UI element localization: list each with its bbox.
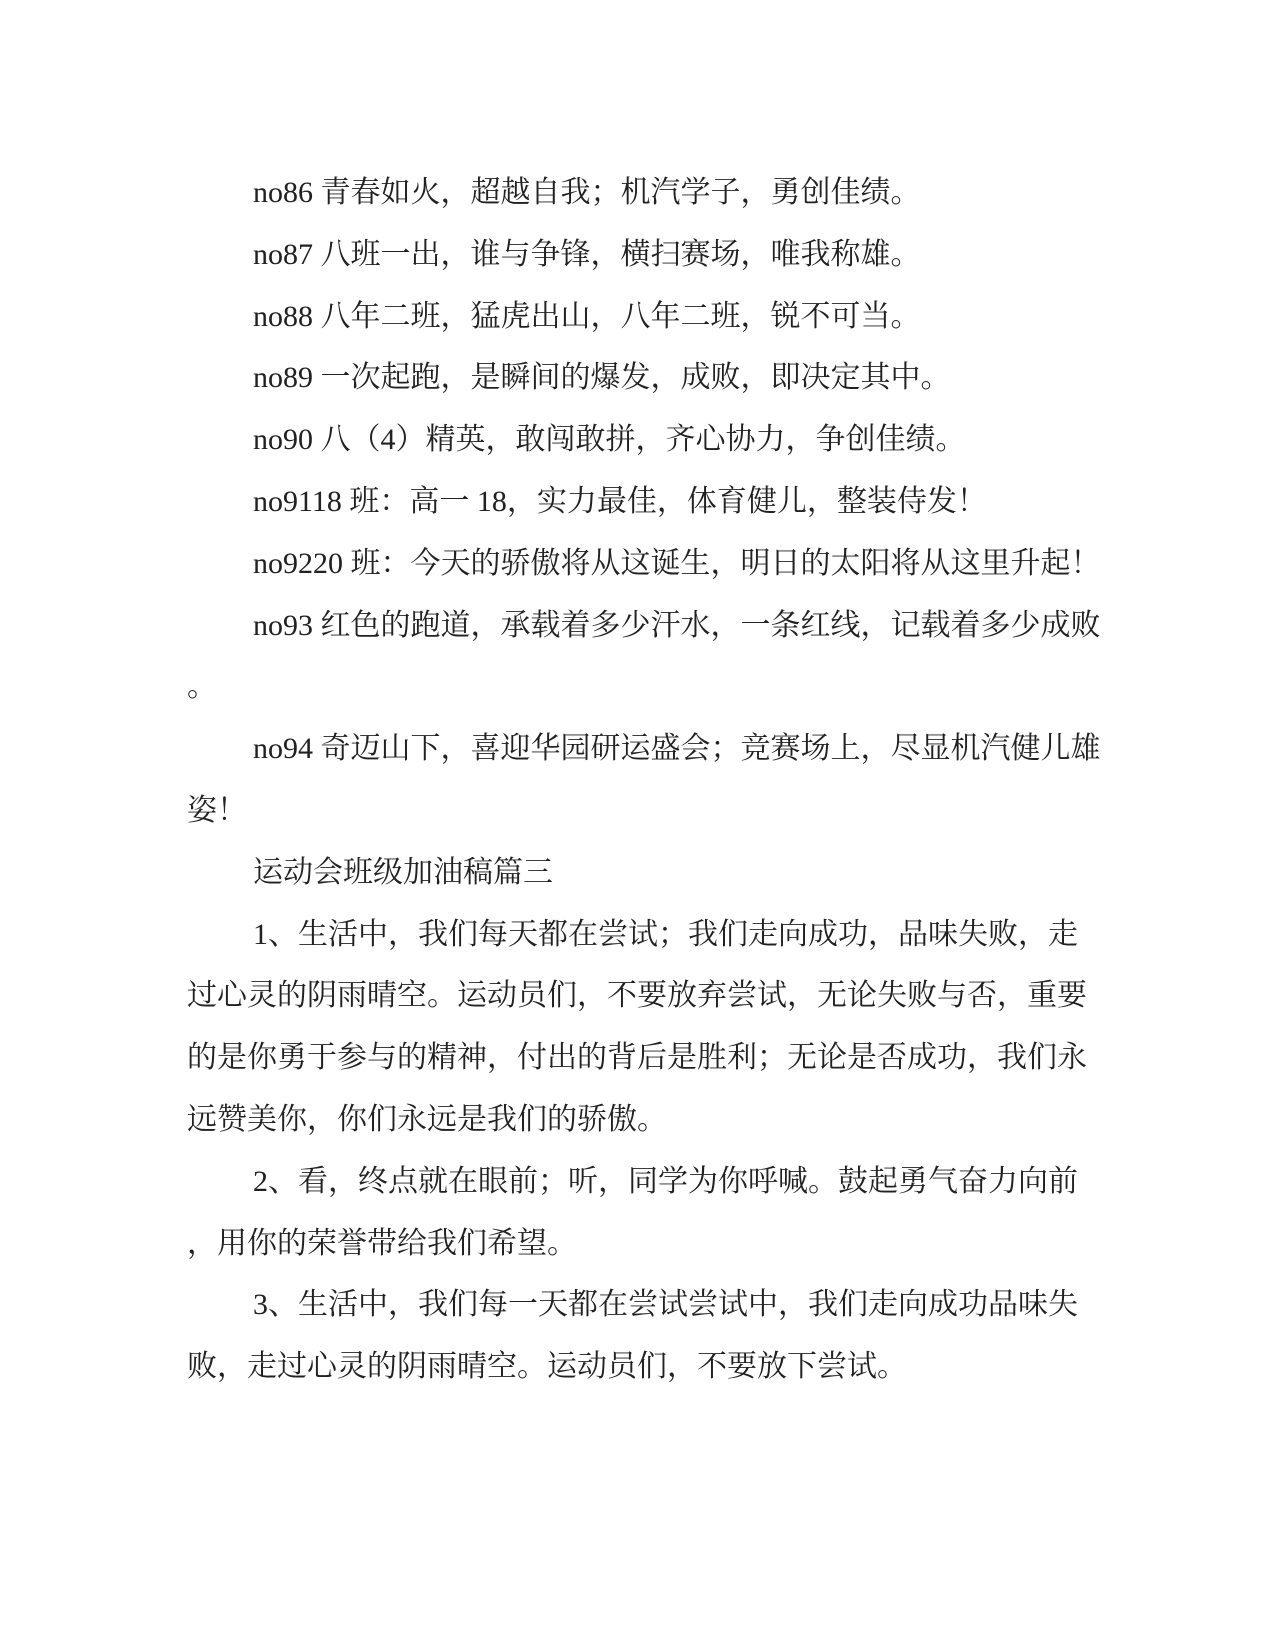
text-line: no9118 班：高一 18，实力最佳，体育健儿，整装侍发！ [187,471,1092,533]
text-line: ，用你的荣誉带给我们希望。 [187,1213,1092,1275]
text-line: 远赞美你，你们永远是我们的骄傲。 [187,1089,1092,1151]
text-line: 运动会班级加油稿篇三 [187,842,1092,904]
text-line: 3、生活中，我们每一天都在尝试尝试中，我们走向成功品味失 [187,1274,1092,1336]
text-line: no94 奇迈山下，喜迎华园研运盛会；竞赛场上，尽显机汽健儿雄 [187,718,1092,780]
text-line: no9220 班：今天的骄傲将从这诞生，明日的太阳将从这里升起！ [187,533,1092,595]
text-line: no93 红色的跑道，承载着多少汗水，一条红线，记载着多少成败 [187,595,1092,657]
text-line: 的是你勇于参与的精神，付出的背后是胜利；无论是否成功，我们永 [187,1027,1092,1089]
document-page: no86 青春如火，超越自我；机汽学子，勇创佳绩。no87 八班一出，谁与争锋，… [0,0,1275,1650]
text-line: 过心灵的阴雨晴空。运动员们，不要放弃尝试，无论失败与否，重要 [187,965,1092,1027]
text-line: no88 八年二班，猛虎出山，八年二班，锐不可当。 [187,286,1092,348]
text-line: 败，走过心灵的阴雨晴空。运动员们，不要放下尝试。 [187,1336,1092,1398]
text-line: no86 青春如火，超越自我；机汽学子，勇创佳绩。 [187,162,1092,224]
text-line: 姿！ [187,780,1092,842]
text-line: no87 八班一出，谁与争锋，横扫赛场，唯我称雄。 [187,224,1092,286]
text-line: no89 一次起跑，是瞬间的爆发，成败，即决定其中。 [187,347,1092,409]
text-line: 1、生活中，我们每天都在尝试；我们走向成功，品味失败，走 [187,904,1092,966]
text-line: no90 八（4）精英，敢闯敢拼，齐心协力，争创佳绩。 [187,409,1092,471]
text-line: 。 [187,656,1092,718]
text-line: 2、看，终点就在眼前；听，同学为你呼喊。鼓起勇气奋力向前 [187,1151,1092,1213]
document-content: no86 青春如火，超越自我；机汽学子，勇创佳绩。no87 八班一出，谁与争锋，… [187,162,1092,1398]
